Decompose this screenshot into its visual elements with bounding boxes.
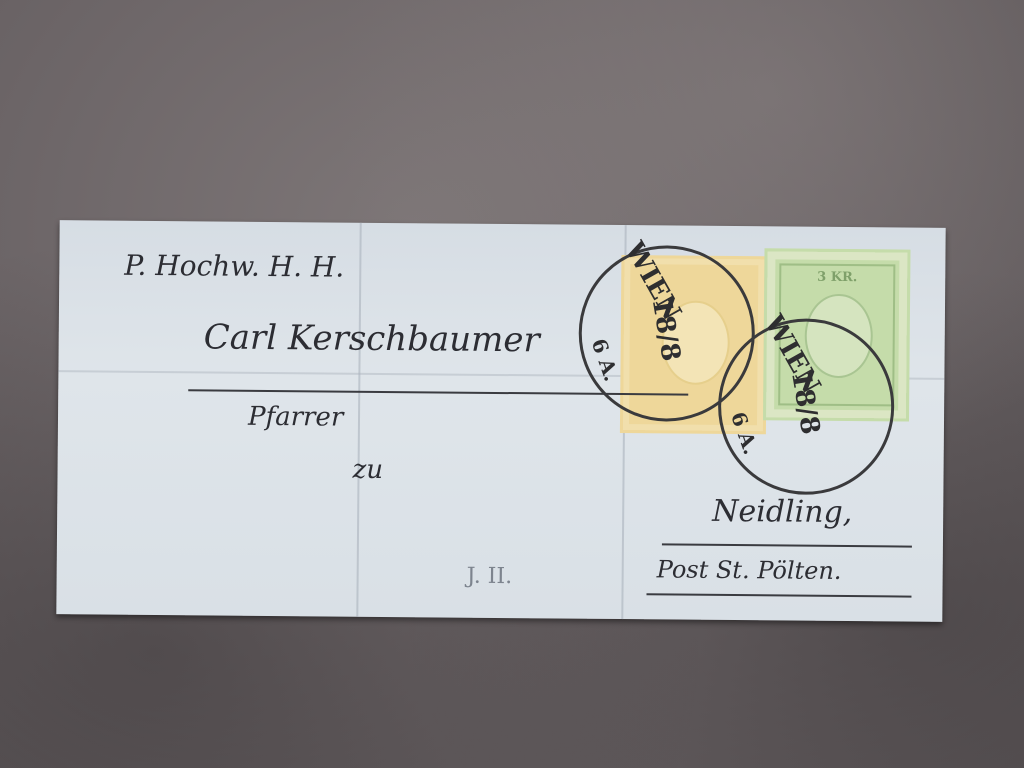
address-post-office: Post St. Pölten. [657, 555, 842, 585]
address-preposition: zu [352, 455, 383, 485]
address-town: Neidling, [712, 494, 852, 530]
fold-line [356, 223, 361, 617]
postmark-suffix: 6 A. [726, 409, 763, 458]
underline [646, 593, 911, 597]
stamp-value: 3 KR. [767, 269, 907, 285]
pencil-note: J. II. [467, 564, 513, 589]
postmark-cancel: WIEN 18/8 6 A. [717, 318, 895, 496]
address-title: Pfarrer [248, 402, 344, 433]
postmark-suffix: 6 A. [587, 335, 624, 384]
postal-cover: 3 KR. WIEN 18/8 6 A. WIEN 18/8 6 A. P. H… [56, 220, 945, 622]
address-salutation: P. Hochw. H. H. [124, 249, 344, 284]
address-name: Carl Kerschbaumer [204, 317, 540, 360]
underline [662, 543, 912, 547]
